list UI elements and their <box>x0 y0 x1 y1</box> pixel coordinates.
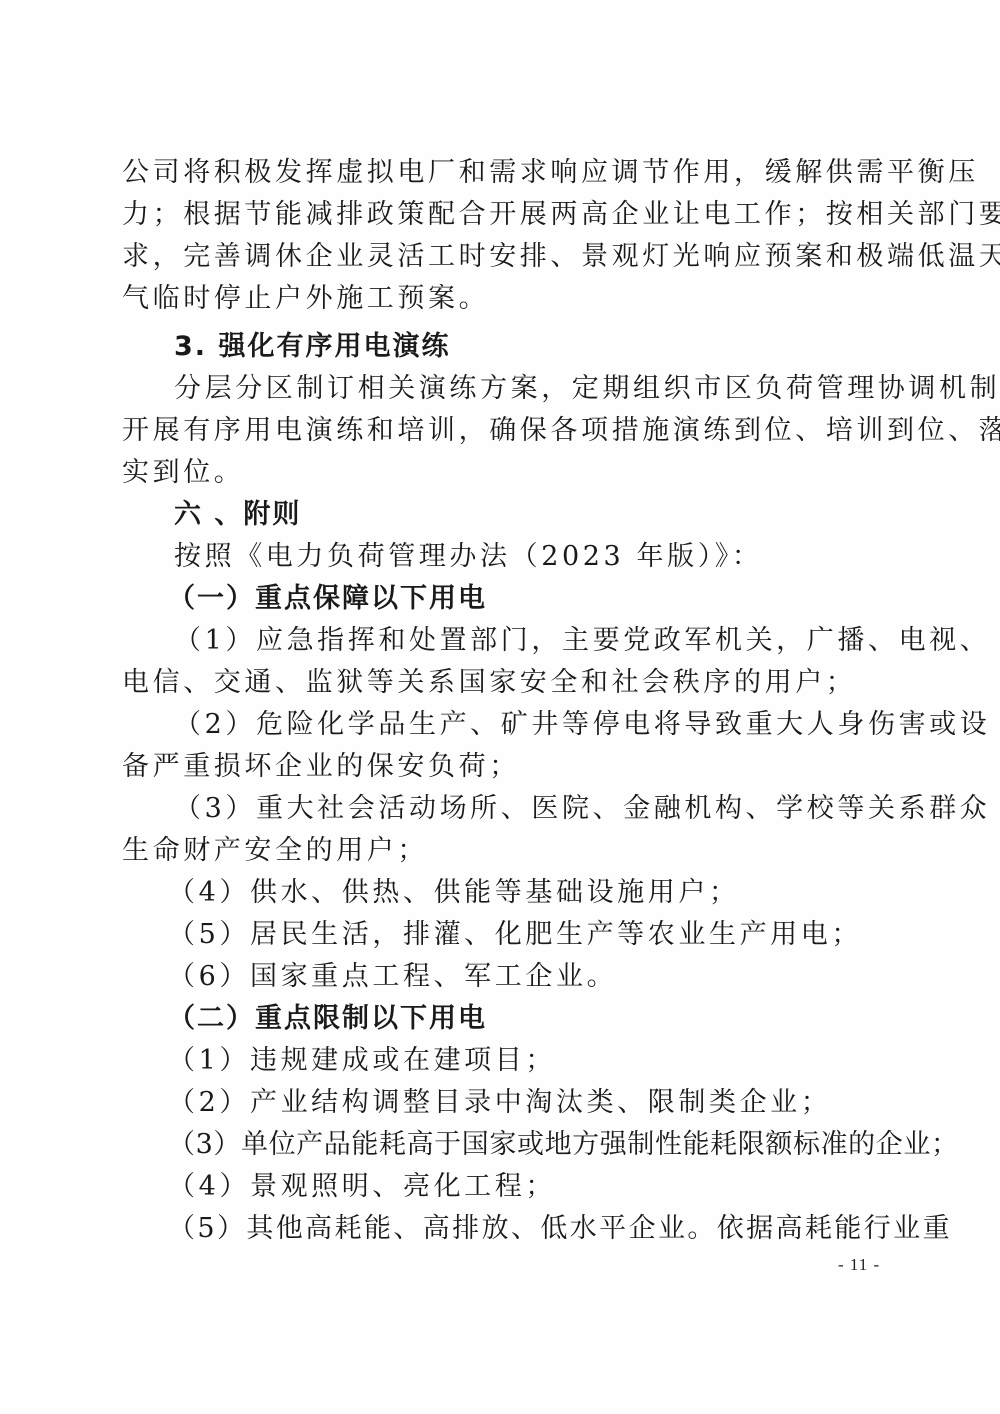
list-item-line: （4）供水、供热、供能等基础设施用户； <box>122 872 882 914</box>
paragraph-line: 分层分区制订相关演练方案，定期组织市区负荷管理协调机制 <box>122 368 882 410</box>
list-item-line: 电信、交通、监狱等关系国家安全和社会秩序的用户； <box>122 662 882 704</box>
section-heading-appendix: 六 、附则 <box>122 494 882 536</box>
list-item-line: 生命财产安全的用户； <box>122 830 882 872</box>
paragraph-line: 气临时停止户外施工预案。 <box>122 278 882 320</box>
paragraph-line: 实到位。 <box>122 452 882 494</box>
list-item-line: （3）重大社会活动场所、医院、金融机构、学校等关系群众 <box>122 788 882 830</box>
paragraph-line: 开展有序用电演练和培训，确保各项措施演练到位、培训到位、落 <box>122 410 882 452</box>
paragraph-line: 公司将积极发挥虚拟电厂和需求响应调节作用，缓解供需平衡压 <box>122 152 882 194</box>
document-page: 公司将积极发挥虚拟电厂和需求响应调节作用，缓解供需平衡压 力；根据节能减排政策配… <box>0 0 1000 1414</box>
subheading-restrict: （二）重点限制以下用电 <box>122 998 882 1040</box>
paragraph-line: 按照《电力负荷管理办法（2023 年版）》： <box>122 536 882 578</box>
list-item-line: （2）危险化学品生产、矿井等停电将导致重大人身伤害或设 <box>122 704 882 746</box>
paragraph-line: 求，完善调休企业灵活工时安排、景观灯光响应预案和极端低温天 <box>122 236 882 278</box>
page-number: - 11 - <box>838 1255 880 1275</box>
list-item-line: （3）单位产品能耗高于国家或地方强制性能耗限额标准的企业； <box>122 1124 882 1166</box>
paragraph-line: 力；根据节能减排政策配合开展两高企业让电工作；按相关部门要 <box>122 194 882 236</box>
list-item-line: （4）景观照明、亮化工程； <box>122 1166 882 1208</box>
subheading-guarantee: （一）重点保障以下用电 <box>122 578 882 620</box>
list-item-line: （1）应急指挥和处置部门，主要党政军机关，广播、电视、 <box>122 620 882 662</box>
list-item-line: （1）违规建成或在建项目； <box>122 1040 882 1082</box>
list-item-line: （5）其他高耗能、高排放、低水平企业。依据高耗能行业重 <box>122 1208 882 1250</box>
list-item-line: （6）国家重点工程、军工企业。 <box>122 956 882 998</box>
list-item-line: （2）产业结构调整目录中淘汰类、限制类企业； <box>122 1082 882 1124</box>
list-item-line: （5）居民生活，排灌、化肥生产等农业生产用电； <box>122 914 882 956</box>
subheading-drill: 3. 强化有序用电演练 <box>122 326 882 368</box>
page-content: 公司将积极发挥虚拟电厂和需求响应调节作用，缓解供需平衡压 力；根据节能减排政策配… <box>122 152 882 1250</box>
list-item-line: 备严重损坏企业的保安负荷； <box>122 746 882 788</box>
